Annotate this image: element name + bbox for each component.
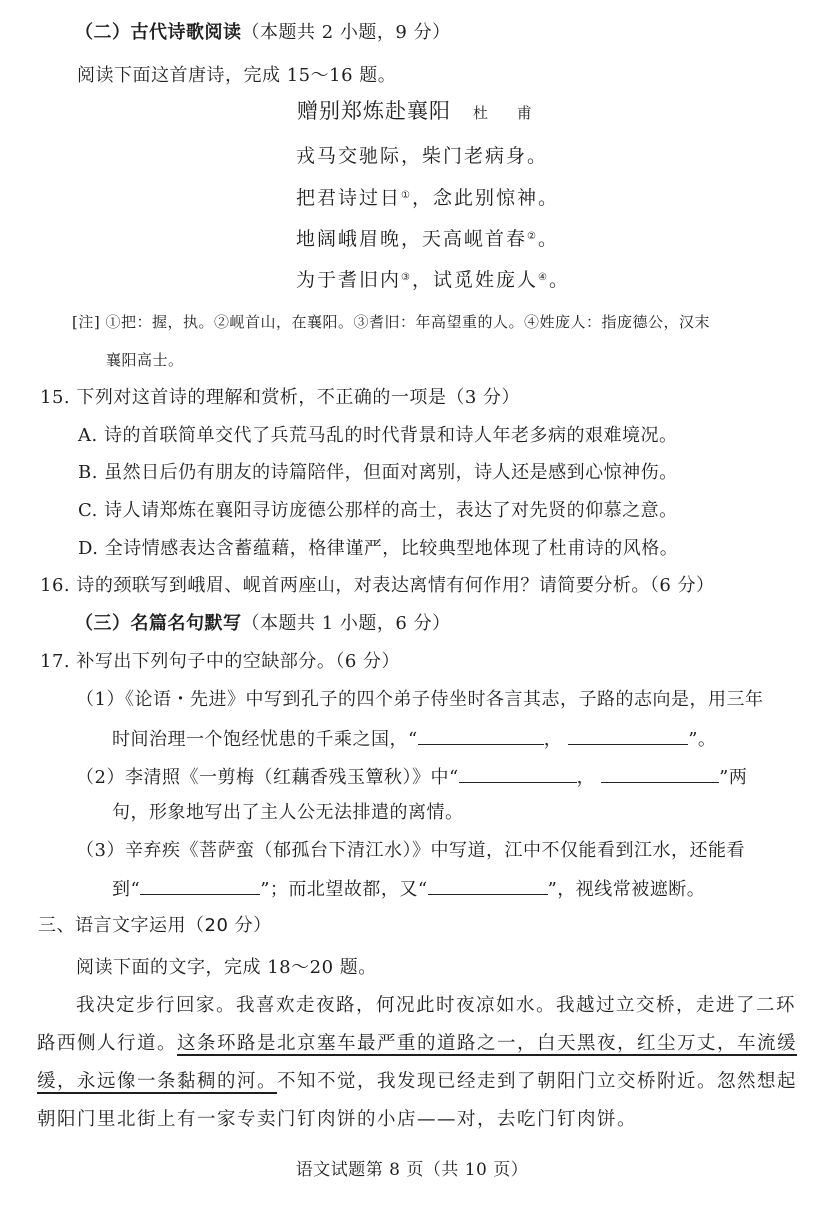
q17-item-3-suffix: ”，视线常被遮断。 <box>548 879 706 900</box>
q17-item-2-line-1: （2）李清照《一剪梅（红藕香残玉簟秋）》中“，”两 <box>76 764 747 790</box>
poem-title-row: 赠别郑炼赴襄阳杜 甫 <box>297 99 544 125</box>
poem-line-4-a: 为于耆旧内 <box>296 269 401 291</box>
section-dictation-title: （三）名篇名句默写 <box>75 613 242 634</box>
poem-title: 赠别郑炼赴襄阳 <box>297 99 451 123</box>
passage-line-3: 缓，永远像一条黏稠的河。不知不觉，我发现已经走到了朝阳门立交桥附近。忽然想起 <box>37 1070 797 1094</box>
answer-blank-3a[interactable] <box>140 876 260 895</box>
poem-line-3-b: 。 <box>538 228 559 250</box>
footnote-marker-3: ③ <box>401 272 412 283</box>
answer-blank-3b[interactable] <box>428 876 548 895</box>
passage-underlined-sentence-part-2: 缓，永远像一条黏稠的河。 <box>37 1071 277 1092</box>
q17-item-3-line-1: （3）辛弃疾《菩萨蛮（郁孤台下清江水）》中写道，江中不仅能看到江水，还能看 <box>76 839 745 863</box>
answer-blank-1b[interactable] <box>568 726 688 745</box>
footnote-marker-2: ② <box>527 231 538 242</box>
poem-line-4-b: ，试觅姓庞人 <box>412 269 538 291</box>
passage-line-2: 路西侧人行道。这条环路是北京塞车最严重的道路之一，白天黑夜，红尘万丈，车流缓 <box>37 1032 797 1056</box>
poem-line-2-a: 把君诗过日 <box>296 187 401 209</box>
q17-item-2-suffix: ”两 <box>719 767 747 788</box>
poetry-instruction: 阅读下面这首唐诗，完成 15～16 题。 <box>77 64 396 88</box>
answer-blank-2b[interactable] <box>601 764 719 783</box>
q15-option-b: B. 虽然日后仍有朋友的诗篇陪伴，但面对离别，诗人还是感到心惊神伤。 <box>78 461 678 485</box>
q16-stem: 16. 诗的颈联写到峨眉、岘首两座山，对表达离情有何作用？请简要分析。（6 分） <box>40 574 715 598</box>
q15-option-c: C. 诗人请郑炼在襄阳寻访庞德公那样的高士，表达了对先贤的仰慕之意。 <box>78 499 678 523</box>
passage-line-4: 朝阳门里北街上有一家专卖门钉肉饼的小店——对，去吃门钉肉饼。 <box>37 1108 637 1132</box>
q15-stem: 15. 下列对这首诗的理解和赏析，不正确的一项是（3 分） <box>40 386 520 410</box>
poem-line-3: 地阔峨眉晚，天高岘首春②。 <box>296 227 559 251</box>
q17-item-2-line-2: 句，形象地写出了主人公无法排遣的离情。 <box>112 801 464 825</box>
poem-author: 杜 甫 <box>473 104 544 122</box>
answer-blank-2a[interactable] <box>459 764 577 783</box>
q17-item-3-mid: ”；而北望故都，又“ <box>260 879 427 900</box>
poem-notes-line-1: [注] ①把：握，执。②岘首山，在襄阳。③耆旧：年高望重的人。④姓庞人：指庞德公… <box>72 310 710 334</box>
section-dictation-note: （本题共 1 小题，6 分） <box>242 613 451 634</box>
passage-line-3-plain: 不知不觉，我发现已经走到了朝阳门立交桥附近。忽然想起 <box>277 1071 797 1092</box>
q17-item-3-line-2: 到“”；而北望故都，又“”，视线常被遮断。 <box>112 876 705 902</box>
poem-line-4: 为于耆旧内③，试觅姓庞人④。 <box>296 268 570 292</box>
language-instruction: 阅读下面的文字，完成 18～20 题。 <box>76 956 377 980</box>
poem-line-1: 戎马交驰际，柴门老病身。 <box>296 144 548 168</box>
footnote-marker-4: ④ <box>538 272 549 283</box>
poem-line-4-c: 。 <box>549 269 570 291</box>
q17-item-1-line-2: 时间治理一个饱经忧患的千乘之国，“，”。 <box>112 726 716 752</box>
q17-item-1-suffix: ”。 <box>688 729 716 750</box>
passage-line-1: 我决定步行回家。我喜欢走夜路，何况此时夜凉如水。我越过立交桥，走进了二环 <box>76 994 796 1018</box>
poem-notes-line-2: 襄阳高士。 <box>106 348 184 372</box>
q15-option-a: A. 诗的首联简单交代了兵荒马乱的时代背景和诗人年老多病的艰难境况。 <box>78 424 677 448</box>
q17-item-1-prefix: 时间治理一个饱经忧患的千乘之国，“ <box>112 729 418 750</box>
section-poetry-heading: （二）古代诗歌阅读（本题共 2 小题，9 分） <box>75 21 451 45</box>
q17-stem: 17. 补写出下列句子中的空缺部分。（6 分） <box>40 650 400 674</box>
section-poetry-title: （二）古代诗歌阅读 <box>75 22 242 43</box>
passage-underlined-sentence-part-1: 这条环路是北京塞车最严重的道路之一，白天黑夜，红尘万丈，车流缓 <box>177 1033 797 1054</box>
section-language-heading: 三、语言文字运用（20 分） <box>38 914 272 938</box>
q17-item-2-prefix: （2）李清照《一剪梅（红藕香残玉簟秋）》中“ <box>76 767 459 788</box>
section-poetry-note: （本题共 2 小题，9 分） <box>242 22 451 43</box>
page-footer: 语文试题第 8 页（共 10 页） <box>0 1158 824 1182</box>
q17-item-1-line-1: （1）《论语・先进》中写到孔子的四个弟子侍坐时各言其志，子路的志向是，用三年 <box>76 688 763 712</box>
q15-option-d: D. 全诗情感表达含蓄蕴藉，格律谨严，比较典型地体现了杜甫诗的风格。 <box>78 537 678 561</box>
answer-blank-1a[interactable] <box>418 726 544 745</box>
q17-item-3-prefix: 到“ <box>112 879 140 900</box>
q17-item-2-sep: ， <box>577 767 596 788</box>
footnote-marker-1: ① <box>401 190 412 201</box>
q17-item-1-sep: ， <box>544 729 563 750</box>
poem-line-3-a: 地阔峨眉晚，天高岘首春 <box>296 228 527 250</box>
passage-line-2-plain: 路西侧人行道。 <box>37 1033 177 1054</box>
poem-line-2: 把君诗过日①，念此别惊神。 <box>296 186 559 210</box>
poem-line-2-b: ，念此别惊神。 <box>412 187 559 209</box>
section-dictation-heading: （三）名篇名句默写（本题共 1 小题，6 分） <box>75 612 451 636</box>
